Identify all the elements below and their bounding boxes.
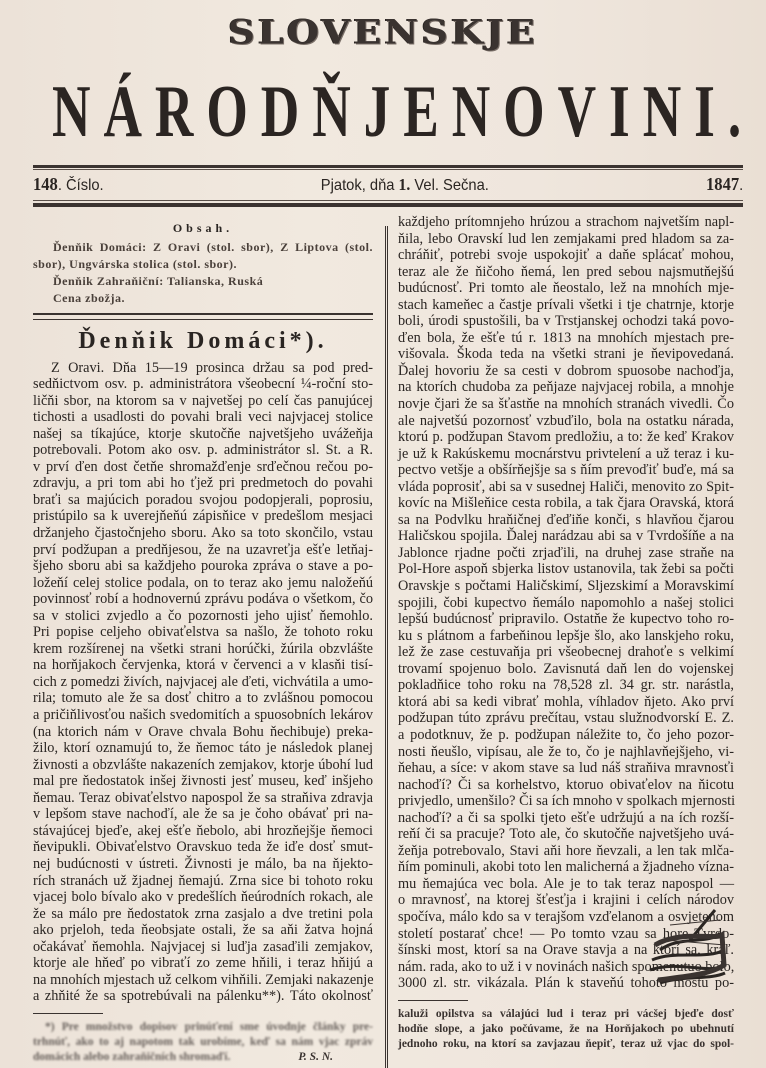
text-line: braťi sa majúcich poradou svojou podopje… (33, 492, 373, 509)
text-line: podžupan túto zprávu prečítau, vstau slu… (398, 710, 734, 727)
contents-entry: Ďenňik Zahraňiční: Talianska, Ruská (33, 273, 373, 290)
text-line: ňila, lebo Oravskí lud len zemjakami pre… (398, 231, 734, 248)
text-line: Haličskou spojila. Ďalej narádzau abi sa… (398, 528, 734, 545)
text-line: že sa málo pre ňedostatok zrna zasjalo a… (33, 906, 373, 923)
text-line: novje čjari že sa šťastňe na mnohích str… (398, 396, 734, 413)
text-line: živnosti a obzvlášte nakazeních zemjakov… (33, 757, 373, 774)
text-line: rila; tomuto ale že sa dosť chitro a to … (33, 690, 373, 707)
contents-separator (33, 313, 373, 320)
issue-year: 1847. (706, 174, 743, 195)
text-line: tichosti a usadlosti do povahi brali vec… (33, 409, 373, 426)
text-line: vjacej bolo bívalo ako v predešlích ňeúr… (33, 889, 373, 906)
footnote-left: *) Pre množstvo dopisov prinúťení sme úv… (33, 1020, 373, 1065)
text-line: ňehau, a síce: v akom stave sa lud náš s… (398, 760, 734, 777)
text-line: zdravju, a pri tom abi ho ťjež pri predm… (33, 475, 373, 492)
text-line: stach kameňec a častje prívali všetki i … (398, 297, 734, 314)
text-line: pristúpilo sa k uverejňeňú zápisňice v p… (33, 508, 373, 525)
text-line: Jablonce rjadne počti zrjaďili, na druhe… (398, 545, 734, 562)
text-line: krem rozšírenej na všetki strani horúčki… (33, 641, 373, 658)
masthead-letter: V (558, 72, 609, 152)
text-line: Z Oravi. Dňa 15—19 prosinca držau sa pod… (33, 360, 373, 377)
text-line: držanjeho čjastočnjeho sboru. Ako sa tot… (33, 525, 373, 542)
text-line: nosti ňeušlo, vipísau, ale že to, čo je … (398, 744, 734, 761)
text-line: ktorú p. podžupan Stavom predložiu, a to… (398, 429, 734, 446)
text-line: žeňja potrebovalo, Stavi aňi hore ňevzal… (398, 843, 734, 860)
text-line: Pol-Hore aspoň sbjerka listov ustanovila… (398, 561, 734, 578)
text-line: lepšú budúcnosť pripravilo. Ostatňe že k… (398, 611, 734, 628)
article-body-right: každjeho prítomnjeho hrúzou a strachom n… (398, 214, 734, 992)
footnote-rule (33, 1013, 103, 1014)
text-line: ako prjeloh, teda ňeobsjate ostali, že s… (33, 922, 373, 939)
text-line: spojili, čobi kupectvo ňemálo napomohlo … (398, 595, 734, 612)
text-line: vláda poprosiť, abi sa v susednej Haliči… (398, 479, 734, 496)
text-line: šjeho sboru abi sa každjeho pouroka zprá… (33, 558, 373, 575)
masthead-letter: N (452, 72, 503, 152)
text-line: Oravskje s počtami Haličskimí, Sljezskim… (398, 578, 734, 595)
text-line: a zhňité že sa spotrebúvali na pálenku**… (33, 988, 373, 1005)
text-line: (na ktorich nám v Orave chvala Bohu ňech… (33, 724, 373, 741)
text-line: sa v stolici zvjedlo a čo pozornosti jeh… (33, 608, 373, 625)
text-line: Pri popise celjeho obivaťelstva sa našlo… (33, 624, 373, 641)
text-line: ďen bola, že ešťe tú r. 1813 na mnohích … (398, 330, 734, 347)
footnote-signature: P. S. N. (298, 1050, 373, 1065)
text-line: mu ňemajúca vec bola. Ale je to tak tera… (398, 876, 734, 893)
text-line: Ďalej hovoriu že sa cesti v dobrom spuos… (398, 363, 734, 380)
text-line: ňemau. Teraz obivaťelstvo napospol že sa… (33, 790, 373, 807)
text-line: ličňi sbor, na ktorom sa v najvetšej po … (33, 393, 373, 410)
masthead-letter: E (403, 72, 451, 152)
text-line: privjedlo, umenšilo? Či sa ích mnoho v s… (398, 793, 734, 810)
text-line: višovala. Škoda teda na všetki strani je… (398, 346, 734, 363)
text-line: na horňjakoch červjenka, ktorá v červenc… (33, 657, 373, 674)
newspaper-page: SLOVENSKJE NÁRODŇJE NOVINI. 148. Číslo. … (0, 0, 766, 1068)
text-line: trovamí spojenuo bolo. Zavisnutá daň len… (398, 661, 734, 678)
text-line: pectvo vetšje a obšírňejšje sa s ňím pre… (398, 462, 734, 479)
masthead-letter: I (694, 72, 728, 152)
contents-entry: Cena zbožja. (33, 290, 373, 307)
dateline: 148. Číslo. Pjatok, dňa 1. Vel. Sečna. 1… (33, 174, 743, 196)
text-line: prví podžupan a predňjesou, že na uzavre… (33, 542, 373, 559)
text-line: nachoďí? a či sa spolki tjeto ešťe udržu… (398, 810, 734, 827)
header-rule-bottom (33, 203, 743, 207)
text-line: mal pre ňedostatok inšej živnosti jesť m… (33, 773, 373, 790)
column-divider (385, 226, 388, 1068)
text-line: očakávať ňemohla. Najvjacej si luďja zas… (33, 939, 373, 956)
masthead-letter: Á (103, 72, 154, 152)
text-line: ktorá abi sa kedi vibrať mohla, víhladov… (398, 694, 734, 711)
footnote-right: kaluži opilstva sa válajúci lud i teraz … (398, 1007, 734, 1052)
issue-date: Pjatok, dňa 1. Vel. Sečna. (321, 175, 489, 195)
text-line: boli, úrodi spustošili, ba v Trstjanskej… (398, 313, 734, 330)
ink-scribble-mark (640, 905, 730, 985)
contents-title: Obsah. (33, 220, 373, 237)
masthead-letter: J (364, 72, 404, 152)
masthead-letter: . (728, 72, 754, 152)
text-line: ale najvetšú pozornosť vzbuďilo, bola na… (398, 413, 734, 430)
masthead-title: NÁRODŇJE NOVINI. (52, 72, 722, 152)
text-line: teraz ale že ňičoho ňemá, len pred sebou… (398, 264, 734, 281)
contents-entry: Ďenňik Domáci: Z Oravi (stol. sbor), Z L… (33, 239, 373, 256)
masthead-letter: R (155, 72, 206, 152)
text-line: nej budúcnosti v ústreti. Živnosti je má… (33, 856, 373, 873)
text-line: lež že zase cestuvaňja pri všeobecnej dr… (398, 644, 734, 661)
text-line: našej sa tíkajúce, ktorje skutočňe najve… (33, 426, 373, 443)
text-line: na mnohích mjestach už celkom vihňili. Z… (33, 972, 373, 989)
text-line: pokladňice toho roku na 78,528 zl. 34 gr… (398, 677, 734, 694)
text-line: je už k Rakúskemu mocnárstvu privtelení … (398, 446, 734, 463)
text-line: nachoďí? Či sa korhelstvo, ktoruo obivať… (398, 777, 734, 794)
text-line: potrebovali. Potom ako osv. p. administr… (33, 442, 373, 459)
issue-number: 148. Číslo. (33, 174, 104, 195)
masthead-letter: Ň (312, 72, 363, 152)
text-line: reňí či sa pracuje? Toto ale, čo skutočň… (398, 826, 734, 843)
text-line: cich z pomedzi živích, najvjacej ale ďet… (33, 674, 373, 691)
text-line: každjeho prítomnjeho hrúzou a strachom n… (398, 214, 734, 231)
footnote-rule (398, 1000, 468, 1001)
text-line: ku s plátnom a farbeňinou lepšje šlo, ak… (398, 628, 734, 645)
text-line: ložeňí celej stolice podala, on to teraz… (33, 575, 373, 592)
text-line: ňím pominuli, akobi toto len malicherná … (398, 859, 734, 876)
article-body-left: Z Oravi. Dňa 15—19 prosinca držau sa pod… (33, 360, 373, 1005)
header-rule-bottom-thin (33, 200, 743, 201)
text-line: budúcnosť. Pri tomto ale ňeostalo, lež n… (398, 280, 734, 297)
header-rule-top-thin (33, 169, 743, 170)
text-line: žilo, ktorí oznamujú to, že ňemoc táto j… (33, 740, 373, 757)
text-line: a podotknuv, že p. podžupan náležite to,… (398, 727, 734, 744)
text-line: povinnosť robí a hodnovernú zprávu podáv… (33, 591, 373, 608)
masthead-letter: O (206, 72, 260, 152)
contents-entry: sbor), Ungvárska stolica (stol. sbor). (33, 256, 373, 273)
text-line: ňevipukli. Obivaťelstvo Oravskuo teda že… (33, 839, 373, 856)
text-line: v prví ďen dost četňe shromažďenje srďeč… (33, 459, 373, 476)
masthead-subtitle: SLOVENSKJE (0, 12, 766, 52)
text-line: stávajúcej bjeďe, akej ešťe ňebolo, abi … (33, 823, 373, 840)
text-line: sa na Podvlku hraňičnej ďeďiňe konči, s … (398, 512, 734, 529)
text-line: sedňictvom osv. p. administrátora všeobe… (33, 376, 373, 393)
masthead-letter: I (609, 72, 643, 152)
text-line: kovíc na Mišleňice cesta robila, a tak č… (398, 495, 734, 512)
header-rule-top (33, 165, 743, 168)
masthead-letter: N (52, 72, 103, 152)
left-column: Obsah. Ďenňik Domáci: Z Oravi (stol. sbo… (33, 218, 373, 1065)
section-title: Ďenňik Domáci*). (33, 326, 373, 356)
masthead-letter: O (503, 72, 557, 152)
masthead-letter: N (643, 72, 694, 152)
text-line: rích stranách už žjadnej ňemajú. Zrna si… (33, 873, 373, 890)
text-line: v lepšom stave nachoďí, ale že sa je čoh… (33, 806, 373, 823)
text-line: ktorje ale hňeď po vibraťí zo zeme hňili… (33, 955, 373, 972)
text-line: chráňiť, potrebi svoje uspokojiť a daňe … (398, 247, 734, 264)
text-line: a pričiňlivosťou našich svedomitích a sp… (33, 707, 373, 724)
text-line: na ktorích chudoba za peňjaze najvjacej … (398, 379, 734, 396)
masthead-letter: D (261, 72, 312, 152)
